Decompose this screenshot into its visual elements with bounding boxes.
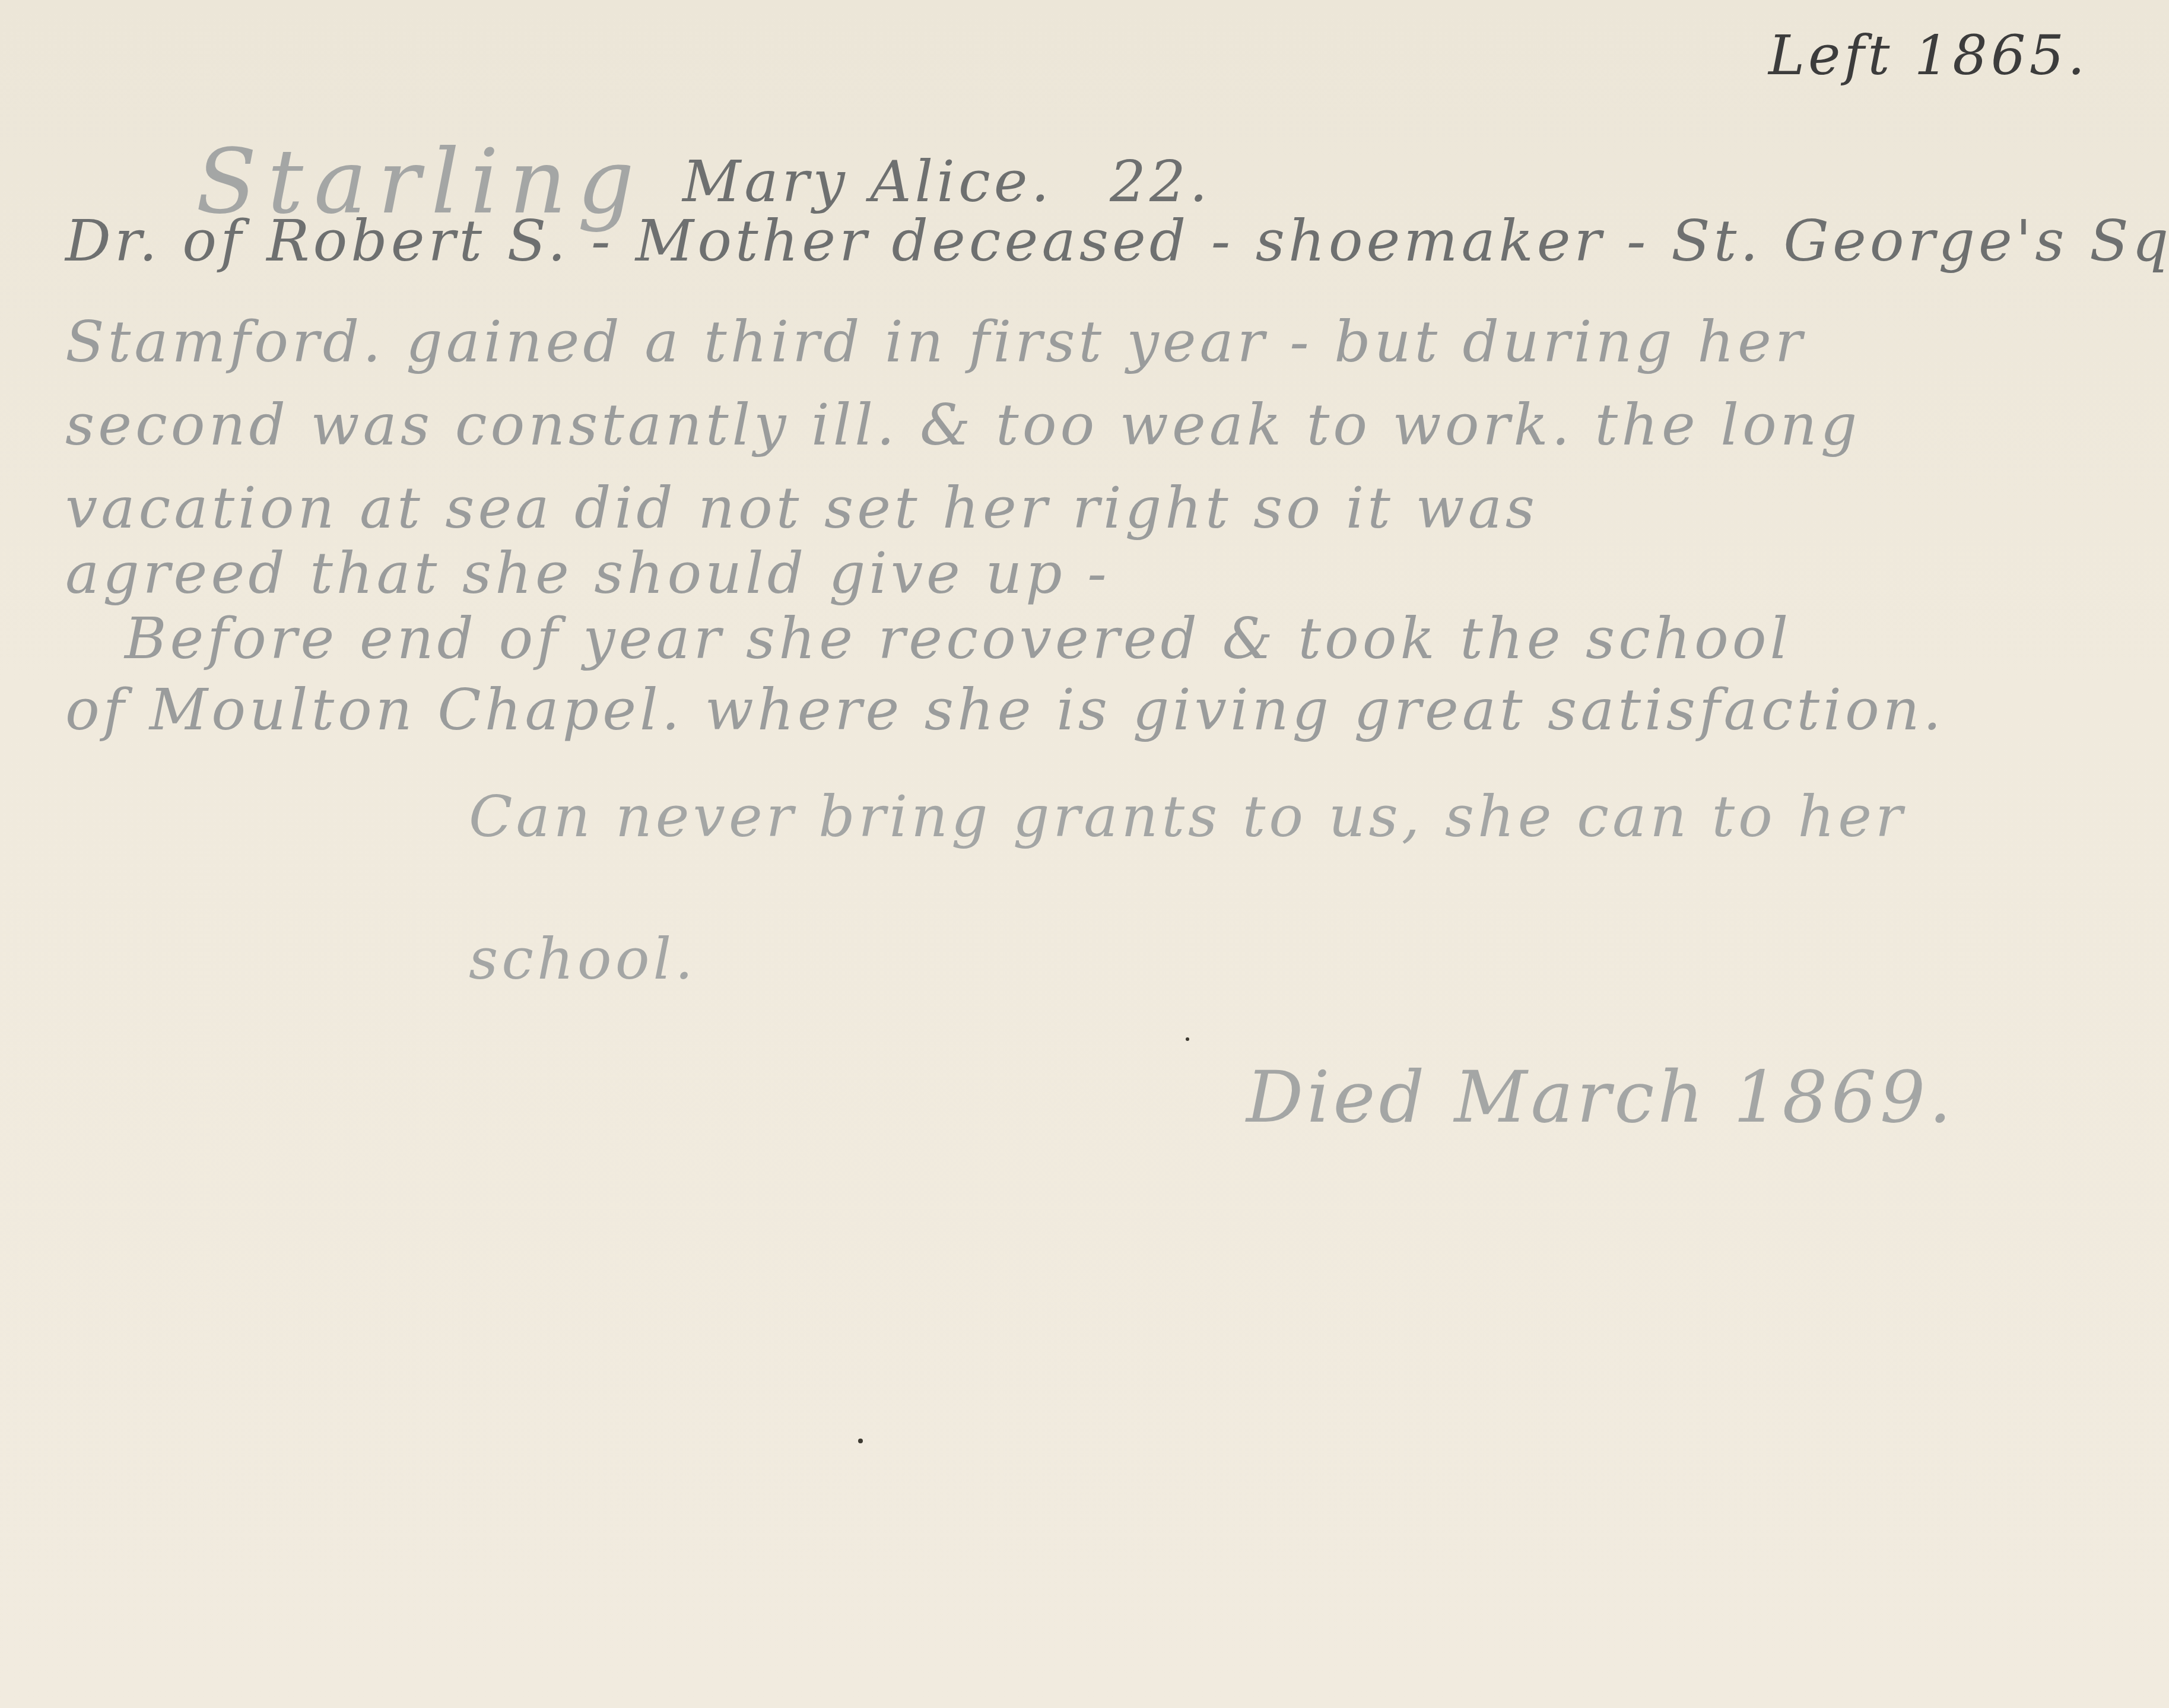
given-names: Mary Alice. [682, 148, 1053, 215]
left-date-annotation: Left 1865. [1768, 24, 2088, 87]
age: 22. [1110, 148, 1211, 215]
entry-line-7: of Moulton Chapel. where she is giving g… [65, 677, 1945, 743]
death-note: Died March 1869. [1246, 1056, 1955, 1139]
entry-line-1: Dr. of Robert S. - Mother deceased - sho… [65, 208, 2169, 274]
entry-line-6: Before end of year she recovered & took … [125, 605, 1792, 672]
entry-line-9: school. [469, 926, 697, 992]
paper-speck [858, 1439, 863, 1443]
entry-line-3: second was constantly ill. & too weak to… [65, 392, 1860, 458]
document-page: Left 1865. Starling Mary Alice. 22. Dr. … [0, 0, 2169, 1708]
entry-line-4: vacation at sea did not set her right so… [65, 475, 1538, 541]
paper-speck [1186, 1037, 1189, 1041]
entry-line-2: Stamford. gained a third in first year -… [65, 309, 1806, 375]
entry-line-5: agreed that she should give up - [65, 540, 1110, 607]
entry-line-8: Can never bring grants to us, she can to… [469, 783, 1906, 850]
